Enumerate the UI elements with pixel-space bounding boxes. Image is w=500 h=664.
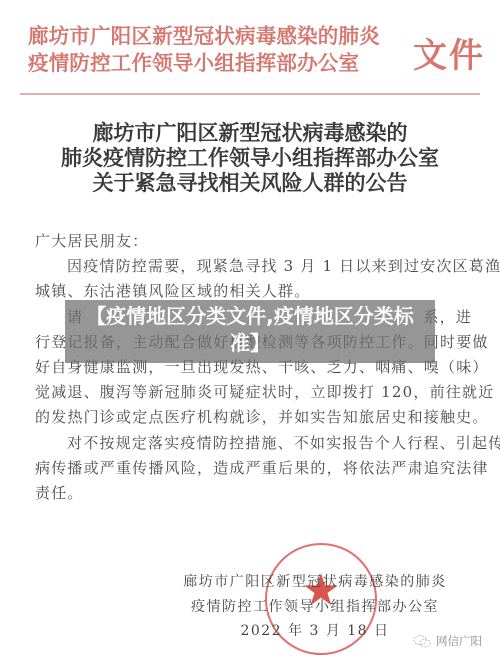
body-line: 觉减退、腹泻等新冠肺炎可疑症状时，立即拨打 120，前往就近 [35, 380, 475, 405]
letterhead-org-line-2: 疫情防控工作领导小组指挥部办公室 [28, 50, 400, 77]
title-line-2: 肺炎疫情防控工作领导小组指挥部办公室 [0, 145, 500, 170]
title-line-1: 廊坊市广阳区新型冠状病毒感染的 [0, 120, 500, 145]
body-line: 对不按规定落实疫情防控措施、不如实报告个人行程、引起传染 [35, 431, 475, 456]
wechat-icon [412, 634, 432, 648]
letterhead-doc-label: 文件 [413, 37, 485, 75]
letterhead-org-name: 廊坊市广阳区新型冠状病毒感染的肺炎 疫情防控工作领导小组指挥部办公室 [28, 23, 400, 77]
letterhead: 廊坊市广阳区新型冠状病毒感染的肺炎 疫情防控工作领导小组指挥部办公室 文件 [28, 23, 488, 83]
signature-line-1: 廊坊市广阳区新型冠状病毒感染的肺炎 [0, 570, 500, 595]
body-line: 病传播或严重传播风险，造成严重后果的，将依法严肃追究法律 [35, 456, 475, 481]
source-watermark: 网信广阳 [412, 633, 482, 649]
signature-line-2: 疫情防控工作领导小组指挥部办公室 [0, 595, 500, 620]
body-line: 因疫情防控需要，现紧急寻找 3 月 1 日以来到过安次区葛渔 [35, 254, 475, 279]
document-title: 廊坊市广阳区新型冠状病毒感染的 肺炎疫情防控工作领导小组指挥部办公室 关于紧急寻… [0, 120, 500, 195]
caption-text: 【疫情地区分类文件,疫情地区分类标 准】 [65, 303, 435, 357]
body-line: 的发热门诊或定点医疗机构就诊，并如实告知旅居史和接触史。 [35, 405, 475, 430]
title-line-3: 关于紧急寻找相关风险人群的公告 [0, 170, 500, 195]
watermark-label: 网信广阳 [436, 633, 482, 649]
document-body: 广大居民朋友： 因疫情防控需要，现紧急寻找 3 月 1 日以来到过安次区葛渔 城… [35, 229, 475, 506]
letterhead-divider [20, 93, 480, 95]
letterhead-org-line-1: 廊坊市广阳区新型冠状病毒感染的肺炎 [28, 23, 400, 50]
caption-line-1: 【疫情地区分类文件,疫情地区分类标 [65, 303, 435, 330]
salutation: 广大居民朋友： [35, 229, 475, 254]
caption-line-2: 准】 [65, 330, 435, 357]
caption-overlay: 【疫情地区分类文件,疫情地区分类标 准】 [65, 300, 435, 363]
body-line: 责任。 [35, 481, 475, 506]
